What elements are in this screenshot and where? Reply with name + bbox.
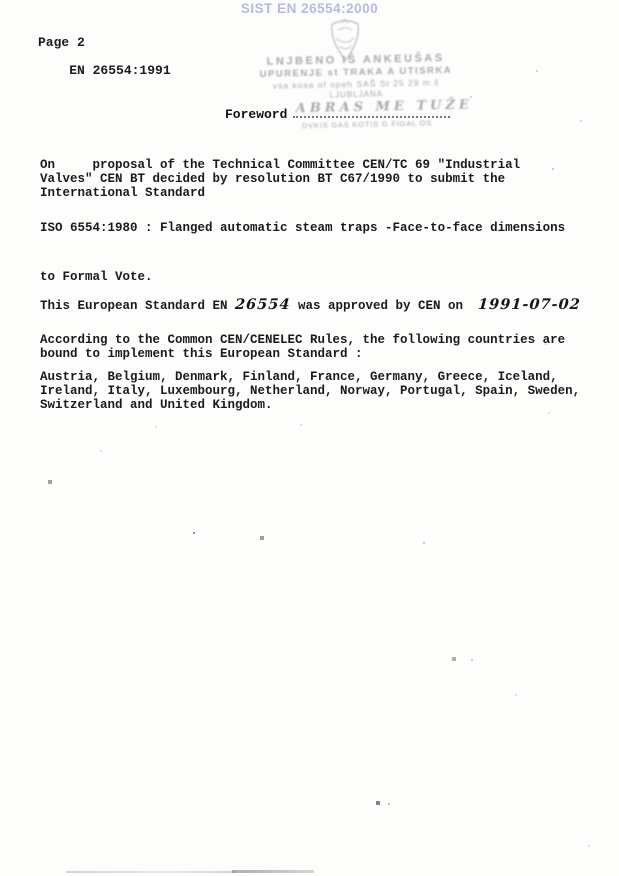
bottom-scan-smudge — [66, 871, 234, 873]
paragraph-approval: This European Standard EN 26554 was appr… — [40, 298, 610, 313]
scanned-document-page: SIST EN 26554:2000 Page 2 EN 26554:1991 … — [0, 0, 619, 876]
standard-reference: EN 26554:1991 — [69, 63, 170, 78]
paragraph-formal-vote: to Formal Vote. — [40, 270, 610, 284]
approval-handwritten-number: 26554 — [235, 298, 291, 312]
paragraph-countries: Austria, Belgium, Denmark, Finland, Fran… — [40, 370, 610, 412]
bottom-scan-smudge-dark — [232, 870, 314, 873]
approval-typed-text: was approved by CEN on — [291, 299, 479, 313]
page-number: Page 2 — [38, 35, 85, 50]
paragraph-proposal: On proposal of the Technical Committee C… — [40, 158, 610, 200]
watermark-text: SIST EN 26554:2000 — [0, 1, 619, 16]
dotted-line — [293, 116, 450, 118]
foreword-heading: Foreword — [225, 107, 287, 122]
paragraph-iso-reference: ISO 6554:1980 : Flanged automatic steam … — [40, 221, 610, 235]
approval-typed-text: This European Standard EN — [40, 299, 235, 313]
approval-handwritten-date: 1991-07-02 — [478, 298, 582, 312]
page-header: Page 2 EN 26554:1991 — [38, 36, 171, 92]
stamp-footer-line: DVKIS GAS KOTIS G FIGAL OS — [281, 118, 453, 131]
stamp-handwriting: ABRAS ME TUŽE — [296, 98, 463, 116]
paragraph-cen-rules: According to the Common CEN/CENELEC Rule… — [40, 333, 610, 361]
